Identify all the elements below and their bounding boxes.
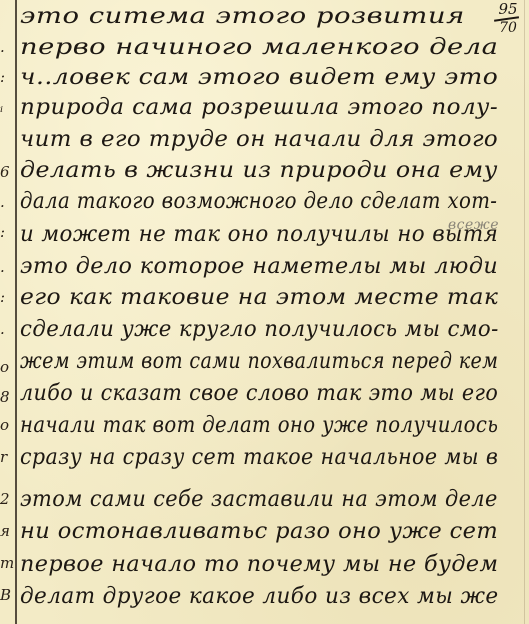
margin-mark: : [0,290,14,305]
margin-mark: я [0,524,14,539]
margin-mark: r [0,450,14,465]
handwritten-line: начали так вот делат оно уже получилось [20,415,498,437]
handwritten-line: делат другое какое либо из всех мы же [20,586,499,608]
margin-mark: 6 [0,165,14,180]
handwritten-line: и может не так оно получилы но вытя [20,224,498,246]
handwritten-line: дала такого возможного дело сделат хот- [20,191,497,213]
left-margin-marks: .:ᵢ6.:.:.o8or2яmB [0,0,14,624]
handwritten-line: перво начиного маленкого дела [20,37,498,59]
margin-mark: B [0,588,14,603]
margin-mark: o [0,418,14,433]
handwritten-line: природа сама розрешила этого полу- [20,97,498,119]
handwritten-line: это ситема этого розвития [20,6,465,28]
manuscript-page: .:ᵢ6.:.:.o8or2яmB 95 70 всеже это ситема… [0,0,529,624]
handwritten-line: ни остонавливатьс разо оно уже сет [20,521,498,543]
handwritten-line: либо и сказат свое слово так это мы его [20,383,498,405]
margin-mark: . [0,322,14,337]
handwritten-line: делать в жизни из природи она ему [20,160,498,182]
handwritten-line: первое начало то почему мы не будем [20,554,498,576]
handwritten-line: жем этим вот сами похвалиться перед кем [20,351,498,373]
margin-mark: . [0,260,14,275]
handwritten-text-body: это ситема этого розвитияперво начиного … [20,0,510,624]
margin-mark: o [0,360,14,375]
margin-mark: : [0,225,14,240]
margin-mark: m [0,556,14,571]
handwritten-line: его как таковие на этом месте так [20,287,498,309]
page-right-edge [524,0,525,624]
margin-mark: ᵢ [0,100,14,115]
handwritten-line: это дело которое наметелы мы люди [20,256,498,278]
margin-mark: 2 [0,492,14,507]
margin-mark: 8 [0,390,14,405]
handwritten-line: сделали уже кругло получилось мы смо- [20,319,499,341]
margin-mark: . [0,40,14,55]
handwritten-line: сразу на сразу сет такое начальное мы в [20,447,498,469]
margin-mark: : [0,70,14,85]
handwritten-line: этом сами себе заставили на этом деле [20,489,498,511]
handwritten-line: чит в его труде он начали для этого [20,129,498,151]
handwritten-line: ч..ловек сам этого видет ему это [20,67,498,89]
left-margin-rule [15,0,17,624]
margin-mark: . [0,195,14,210]
